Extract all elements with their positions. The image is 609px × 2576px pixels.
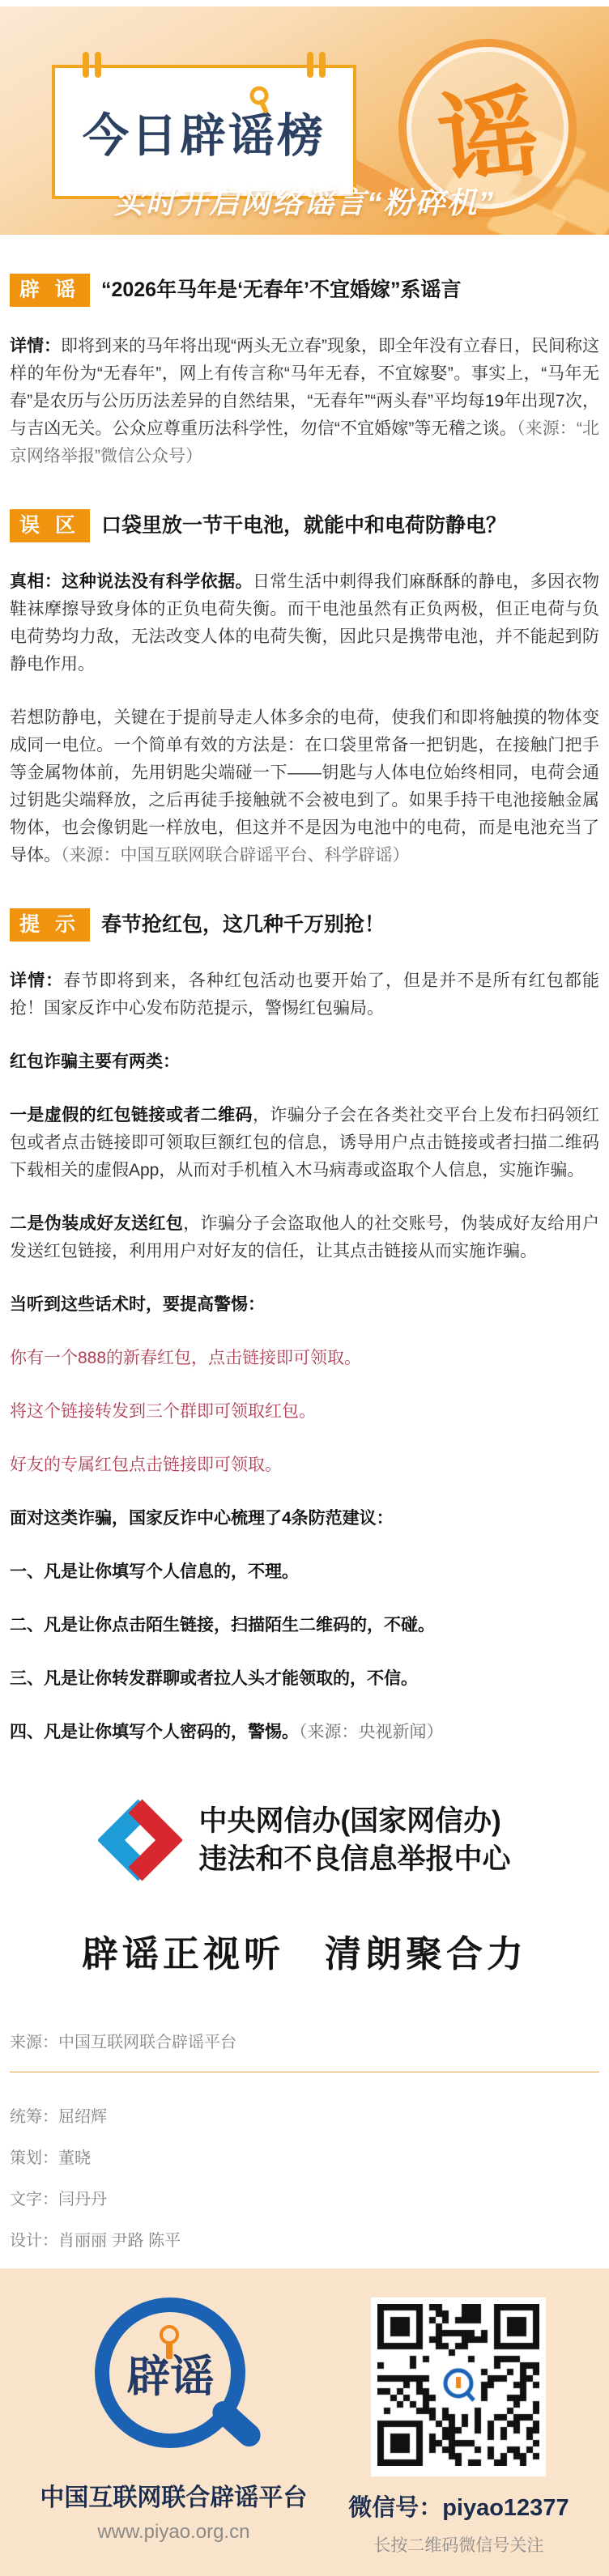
paragraph-lead: 一是虚假的红包链接或者二维码 [10, 1106, 253, 1124]
footer-right-column: 微信号：piyao12377 长按二维码微信号关注 [348, 2298, 569, 2557]
footer: 辟谣 中国互联网联合辟谣平台 www.piyao.org.cn 微信号：piya… [0, 2268, 609, 2576]
paragraph: 好友的专属红包点击链接即可领取。 [10, 1452, 599, 1479]
footer-platform-name: 中国互联网联合辟谣平台 [40, 2477, 307, 2513]
qr-code[interactable] [371, 2298, 546, 2476]
credits: 来源：中国互联网联合辟谣平台 统筹：屈绍辉策划：董晓文字：闫丹丹设计：肖丽丽 尹… [10, 2029, 599, 2251]
cac-line2: 违法和不良信息举报中心 [198, 1840, 510, 1878]
section-title: 春节抢红包，这几种千万别抢！ [101, 912, 385, 937]
credit-item: 文字：闫丹丹 [10, 2186, 599, 2209]
paragraph: 你有一个888的新春红包，点击链接即可领取。 [10, 1345, 599, 1372]
footer-left-column: 辟谣 中国互联网联合辟谣平台 www.piyao.org.cn [40, 2298, 307, 2544]
section-title: 口袋里放一节干电池，就能中和电荷防静电？ [101, 513, 506, 538]
article-section: 辟 谣“2026年马年是‘无春年’不宜婚嫁”系谣言详情：即将到来的马年将出现“两… [10, 274, 599, 470]
cac-line1: 中央网信办(国家网信办) [198, 1802, 510, 1840]
paragraph: 将这个链接转发到三个群即可领取红包。 [10, 1398, 599, 1426]
paragraph-source: （来源：“北京网络举报”微信公众号） [10, 419, 599, 465]
credit-items: 统筹：屈绍辉策划：董晓文字：闫丹丹设计：肖丽丽 尹路 陈平 [10, 2103, 599, 2251]
banner-subtitle: 实时开启网络谣言“粉碎机” [0, 178, 609, 222]
paragraph: 一是虚假的红包链接或者二维码，诈骗分子会在各类社交平台上发布扫码领红包或者点击链… [10, 1102, 599, 1184]
paragraph: 红包诈骗主要有两类： [10, 1048, 599, 1076]
paragraph: 二是伪装成好友送红包，诈骗分子会盗取他人的社交账号，伪装成好友给用户发送红包链接… [10, 1210, 599, 1265]
cac-diamond-logo-icon [98, 1798, 182, 1882]
article-page: 谣 今日辟谣榜 实时开启网络谣言“粉碎机” 辟 谣“2026年马年是‘无春年’不… [0, 0, 609, 2576]
sections-container: 辟 谣“2026年马年是‘无春年’不宜婚嫁”系谣言详情：即将到来的马年将出现“两… [10, 274, 599, 1746]
paragraph: 二、凡是让你点击陌生链接，扫描陌生二维码的，不碰。 [10, 1612, 599, 1639]
paragraph-lead: 真相：这种说法没有科学依据。 [10, 572, 253, 591]
banner: 谣 今日辟谣榜 实时开启网络谣言“粉碎机” [0, 6, 609, 235]
paragraph-source: （来源：中国互联网联合辟谣平台、科学辟谣） [61, 846, 410, 865]
paragraph: 若想防静电，关键在于提前导走人体多余的电荷，使我们和即将触摸的物体变成同一电位。… [10, 704, 599, 869]
paragraph-source: （来源：央视新闻） [299, 1723, 444, 1741]
section-badge: 误 区 [10, 509, 90, 542]
paragraph: 四、凡是让你填写个人密码的，警惕。（来源：央视新闻） [10, 1719, 599, 1746]
mini-magnifier-icon [248, 86, 272, 113]
credit-item: 统筹：屈绍辉 [10, 2103, 599, 2127]
footer-qr-hint: 长按二维码微信号关注 [348, 2532, 569, 2557]
quote-marks-icon [307, 52, 326, 78]
paragraph-lead: 二是伪装成好友送红包 [10, 1214, 183, 1233]
quote-marks-icon [83, 52, 101, 78]
qr-code-canvas[interactable] [377, 2304, 539, 2466]
cac-text: 中央网信办(国家网信办) 违法和不良信息举报中心 [198, 1802, 510, 1879]
cac-block: 中央网信办(国家网信办) 违法和不良信息举报中心 [10, 1798, 599, 1882]
section-header: 提 示春节抢红包，这几种千万别抢！ [10, 908, 599, 942]
paragraph: 真相：这种说法没有科学依据。日常生活中刺得我们麻酥酥的静电，多因衣物鞋袜摩擦导致… [10, 568, 599, 678]
paragraph-lead: 详情： [10, 971, 63, 990]
section-badge: 辟 谣 [10, 274, 90, 307]
paragraph: 当听到这些话术时，要提高警惕： [10, 1291, 599, 1319]
credit-source: 来源：中国互联网联合辟谣平台 [10, 2029, 599, 2052]
paragraph: 一、凡是让你填写个人信息的，不理。 [10, 1558, 599, 1586]
banner-title: 今日辟谣榜 [83, 99, 326, 165]
section-header: 辟 谣“2026年马年是‘无春年’不宜婚嫁”系谣言 [10, 274, 599, 307]
magnifier-logo-icon: 辟谣 [80, 2298, 266, 2469]
divider [10, 2072, 599, 2072]
credit-item: 设计：肖丽丽 尹路 陈平 [10, 2227, 599, 2251]
paragraph: 详情：即将到来的马年将出现“两头无立春”现象，即全年没有立春日，民间称这样的年份… [10, 333, 599, 470]
paragraph: 详情：春节即将到来，各种红包活动也要开始了，但是并不是所有红包都能抢！国家反诈中… [10, 967, 599, 1022]
section-title: “2026年马年是‘无春年’不宜婚嫁”系谣言 [101, 278, 462, 303]
article-section: 提 示春节抢红包，这几种千万别抢！详情：春节即将到来，各种红包活动也要开始了，但… [10, 908, 599, 1746]
section-badge: 提 示 [10, 908, 90, 942]
paragraph: 面对这类诈骗，国家反诈中心梳理了4条防范建议： [10, 1505, 599, 1532]
footer-wechat-id: 微信号：piyao12377 [348, 2489, 569, 2523]
slogan: 辟谣正视听 清朗聚合力 [10, 1924, 599, 1977]
footer-website: www.piyao.org.cn [40, 2521, 307, 2544]
credit-item: 策划：董晓 [10, 2145, 599, 2168]
section-header: 误 区口袋里放一节干电池，就能中和电荷防静电？ [10, 509, 599, 542]
article-section: 误 区口袋里放一节干电池，就能中和电荷防静电？真相：这种说法没有科学依据。日常生… [10, 509, 599, 869]
article-content: 辟 谣“2026年马年是‘无春年’不宜婚嫁”系谣言详情：即将到来的马年将出现“两… [0, 274, 609, 2251]
paragraph: 三、凡是让你转发群聊或者拉人头才能领取的，不信。 [10, 1665, 599, 1693]
paragraph-lead: 详情： [10, 337, 61, 355]
